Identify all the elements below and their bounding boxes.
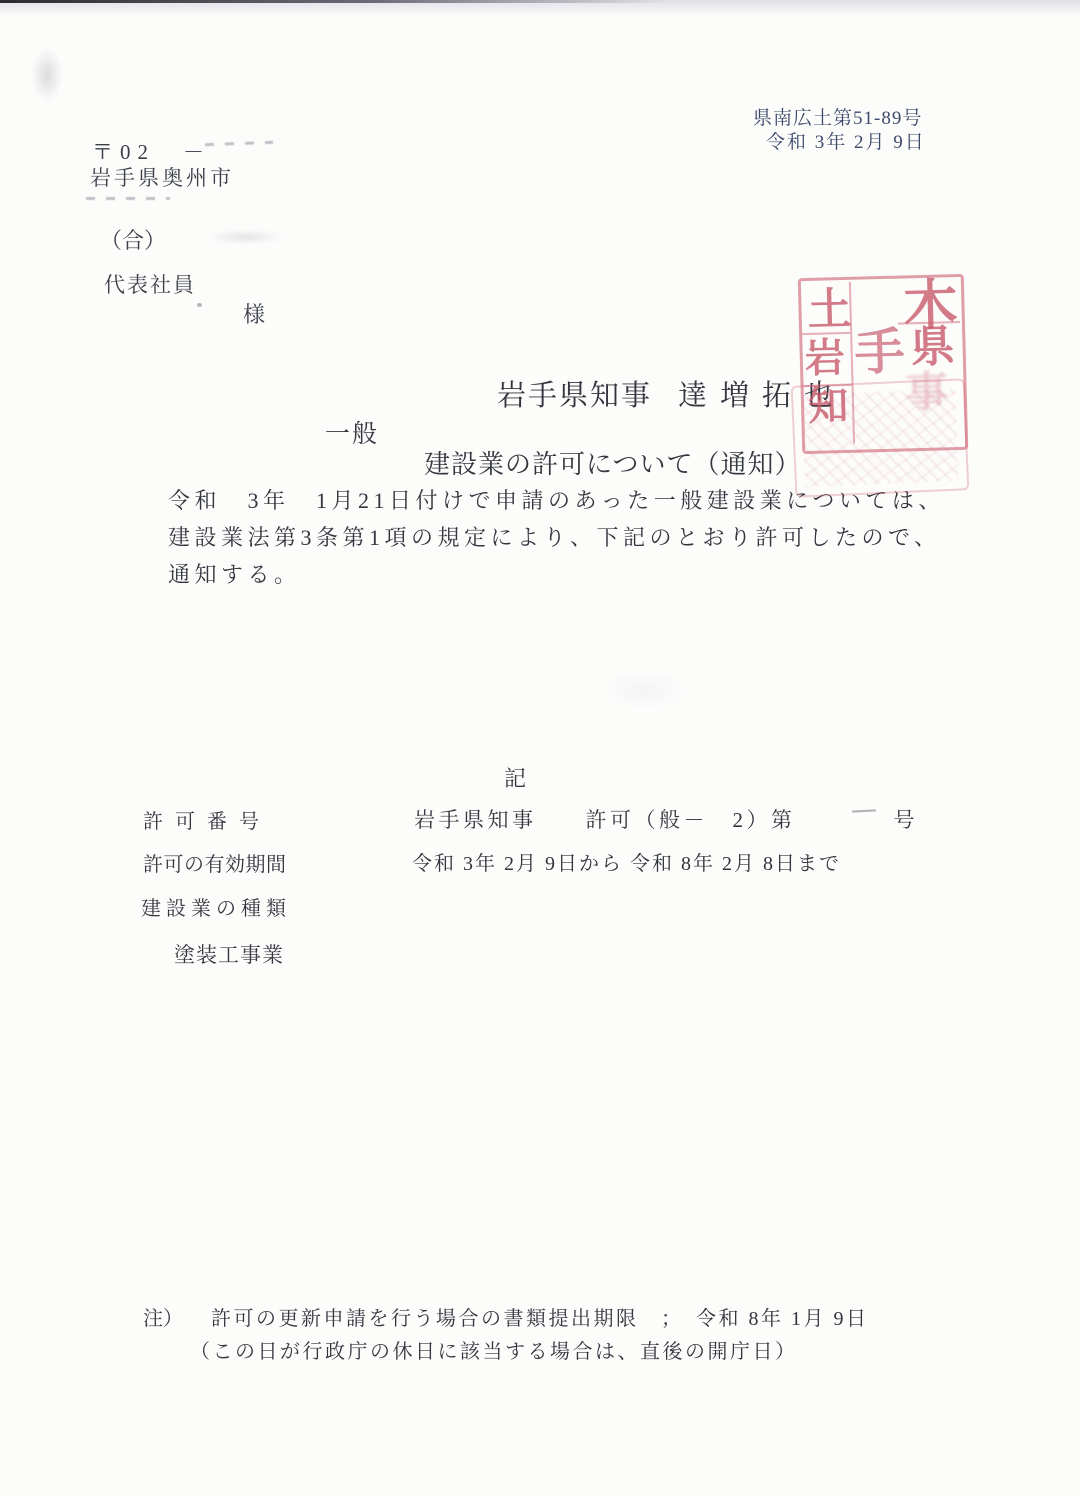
scanned-permit-notification-document: 県南広土第51-89号 令和 3年 2月 9日 〒02 － 岩手県奥州市 （合）… [0,0,1080,1496]
document-subject-title: 建設業の許可について（通知） [424,444,801,481]
stamp-char: 県 [910,325,955,370]
recipient-company-abbreviation: （合） [100,224,166,255]
field-label-business-type: 建設業の種類 [141,892,291,921]
note-line-deadline: 許可の更新申請を行う場合の書類提出期限 ； 令和 8年 1月 9日 [211,1302,869,1331]
stamp-char: 土 [807,288,852,333]
field-value-permit-number: 岩手県知事 許可（般－ 2）第 号 [414,804,918,834]
field-value-validity-period: 令和 3年 2月 9日から 令和 8年 2月 8日まで [412,847,841,876]
document-ref-number: 県南広土第51-89号 [753,103,922,130]
note-line-holiday: （この日が行政庁の休日に該当する場合は、直後の開庁日） [190,1335,798,1364]
recipient-representative-title: 代表社員 [104,269,196,299]
body-paragraph: 令和 3年 1月21日付けで申請のあった一般建設業については、 建設業法第3条第… [168,482,945,593]
stamp-speckle-artifact [801,389,959,488]
record-marker: 記 [504,762,528,793]
scan-edge-artifact [0,0,670,3]
field-label-validity-period: 許可の有効期間 [143,848,287,877]
field-label-permit-number: 許可番号 [143,805,271,834]
recipient-city: 岩手県奥州市 [90,162,234,192]
redacted-postal-artifact [205,141,273,146]
license-classification-label: 一般 [325,414,379,450]
issuer-title: 岩手県知事 [497,380,652,412]
document-date: 令和 3年 2月 9日 [766,127,926,154]
redacted-company-artifact [205,230,285,244]
scan-smudge-artifact [600,670,690,710]
note-label: 注） [143,1302,183,1331]
stamp-char: 岩 [804,338,845,379]
recipient-honorific: 様 [243,298,265,329]
secondary-faint-stamp [791,378,970,497]
stamp-char: 手 [854,326,905,377]
redacted-name-artifact [197,303,202,307]
body-line: 通知する。 [168,556,945,593]
scan-speckle-artifact [30,45,64,105]
body-line: 建設業法第3条第1項の規定により、下記のとおり許可したので、 [168,519,945,556]
license-category: 塗装工事業 [174,939,284,969]
redacted-address-artifact [86,197,170,200]
